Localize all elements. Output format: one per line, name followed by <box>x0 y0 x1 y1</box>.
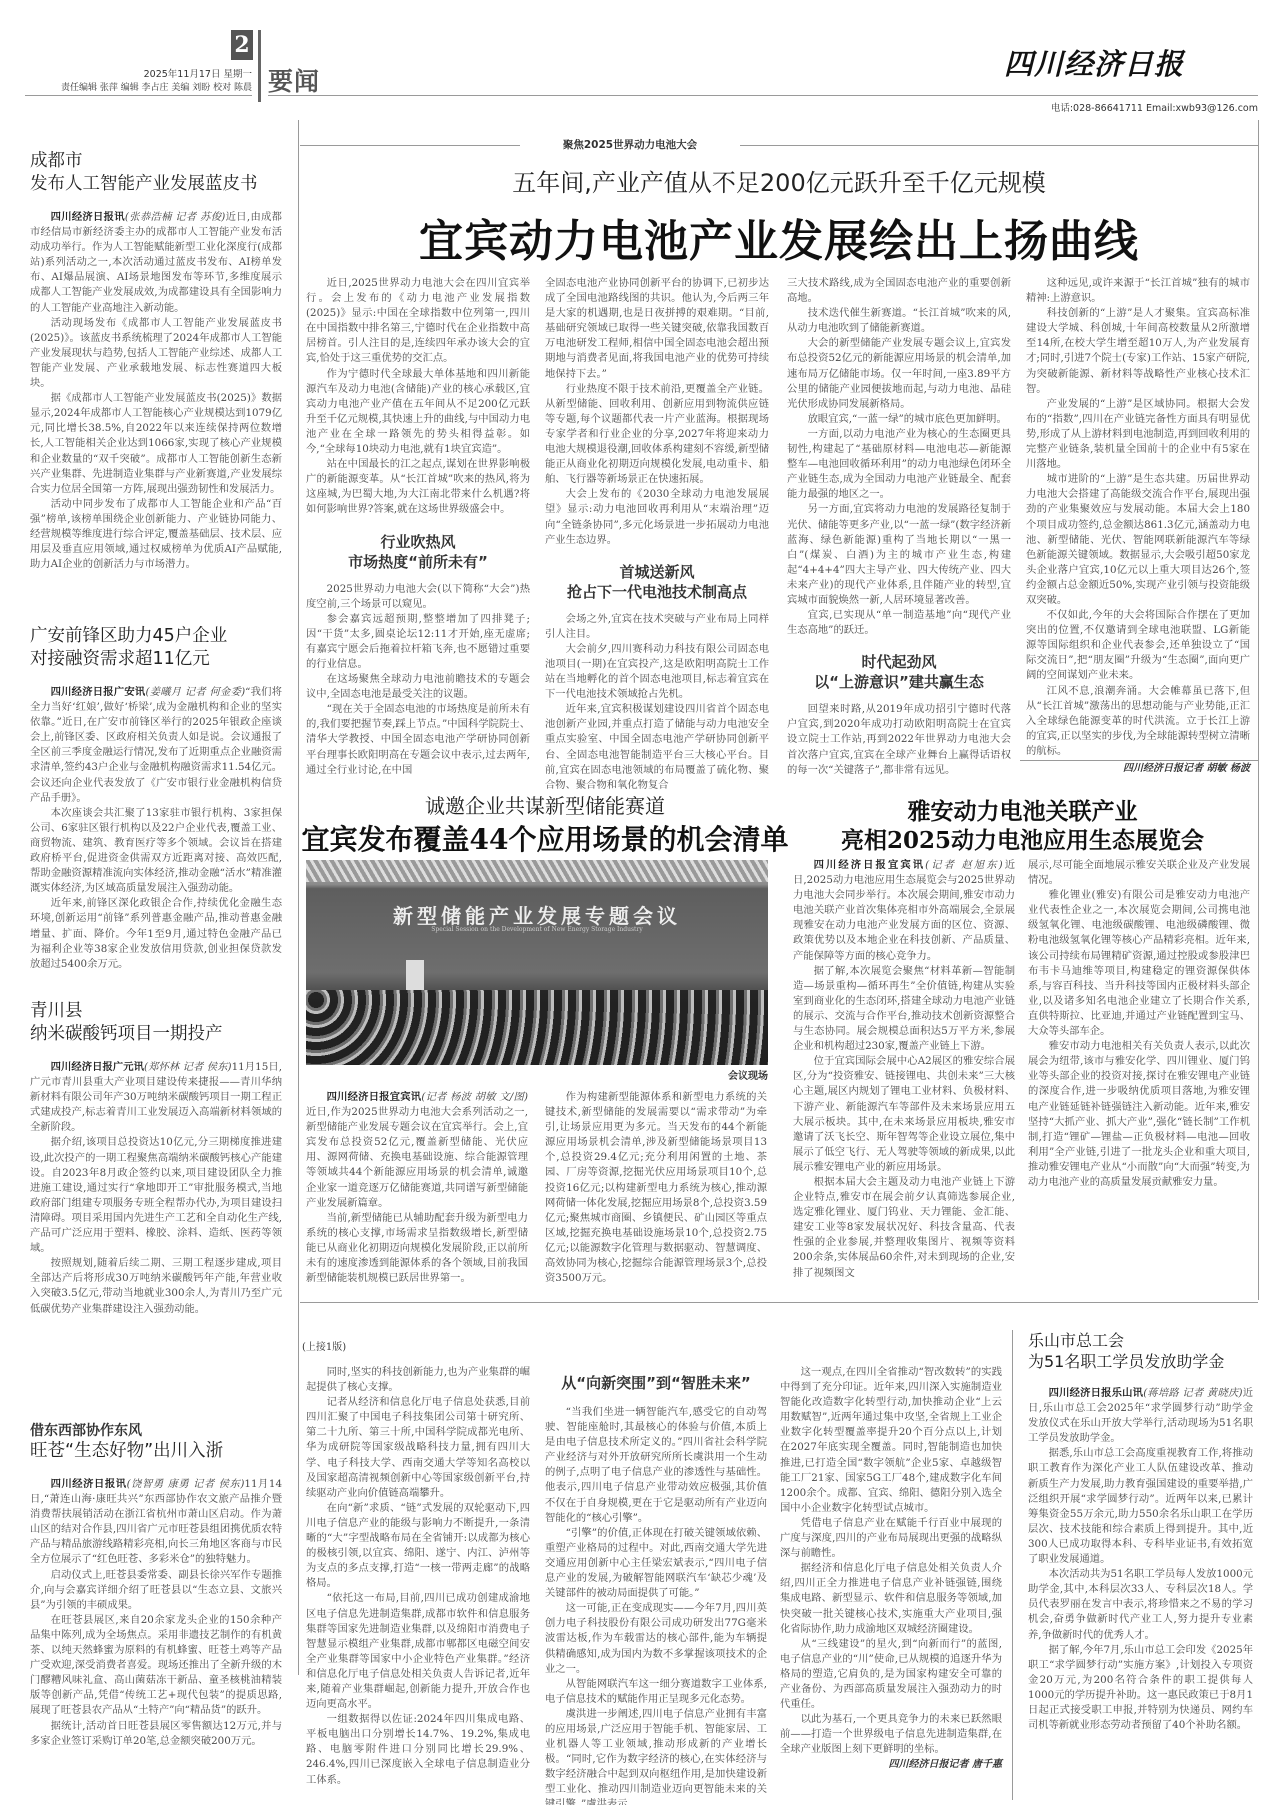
paragraph: 启动仪式上,旺苍县委常委、副县长徐兴军作专题推介,向与会嘉宾详细介绍了旺苍县以“… <box>30 1568 282 1613</box>
audience <box>306 990 768 1065</box>
page-number-badge: 2 <box>231 30 253 60</box>
storage-column-1: 四川经济日报宜宾讯(记者 杨波 胡敏 文/图)近日,作为2025世界动力电池大会… <box>306 1090 528 1286</box>
article-kicker: 借东西部协作东风 <box>30 1420 282 1440</box>
feature-subtitle: 五年间,产业产值从不足200亿元跃升至千亿元规模 <box>300 163 1258 198</box>
paragraph: 回望来时路,从2019年成功招引宁德时代落户宜宾,到2020年成功打动欧阳明高院… <box>787 702 1011 777</box>
paragraph: 从智能网联汽车这一细分赛道数字工业体系,电子信息技术的赋能作用正呈现多元化态势。 <box>545 1677 767 1707</box>
paragraph: 据了解,本次展览会聚焦“材料革新—智能制造—场景重构—循环再生”全价值链,构建从… <box>793 964 1015 1055</box>
sidebar-divider <box>298 120 299 1675</box>
paragraph: 这一可能,正在变成现实——今年7月,四川英创力电子科技股份有限公司成功研发出77… <box>545 1601 767 1676</box>
dateline: 四川经济日报宜宾讯 <box>327 1091 422 1103</box>
paragraph: 一组数据得以佐证:2024年四川集成电路、平板电脑出口分别增长14.7%、19.… <box>306 1712 530 1787</box>
masthead-right-rule <box>268 95 1258 96</box>
paragraph: 大会上发布的《2030全球动力电池发展展望》显示:动力电池回收再利用从“末端治理… <box>545 487 769 547</box>
paragraph: “依托这一布局,目前,四川已成功创建成渝地区电子信息先进制造集群,成都市软件和信… <box>306 1591 530 1712</box>
newspaper-logo: 四川经济日报 <box>1004 42 1184 83</box>
paragraph: 作为宁德时代全球最大单体基地和四川新能源汽车及动力电池(含储能)产业的核心承载区… <box>306 367 530 458</box>
paragraph: 活动中同步发布了成都市人工智能企业和产品“百强”榜单,该榜单围绕企业创新能力、产… <box>30 497 282 572</box>
subheading: 从“向新突围”到“智胜未来” <box>545 1373 767 1393</box>
paragraph: 据悉,乐山市总工会高度重视教育工作,将推动职工教育作为深化产业工人队伍建设改革、… <box>1028 1446 1253 1567</box>
paragraph: 城市进阶的“上游”是生态共建。历届世界动力电池大会搭建了高能级交流合作平台,展现… <box>1026 472 1250 608</box>
paragraph: 放眼宜宾,“一蓝一绿”的城市底色更加鲜明。 <box>787 412 1011 427</box>
feature-column-1: 近日,2025世界动力电池大会在四川宜宾举行。会上发布的《动力电池产业发展指数(… <box>306 276 530 778</box>
paragraph: 行业热度不限于技术前沿,更覆盖全产业链。从新型储能、回收利用、创新应用到物流供应… <box>545 382 769 488</box>
feature-column-3: 三大技术路线,成为全国固态电池产业的重要创新高地。 技术迭代催生新赛道。“长江首… <box>787 276 1011 778</box>
feature-bottom-rule <box>1020 760 1258 761</box>
paragraph: 四川经济日报广元讯(郑怀林 记者 侯东)11月15日,广元市青川县重大产业项目建… <box>30 1060 282 1135</box>
storage-headline: 宜宾发布覆盖44个应用场景的机会清单 <box>300 818 790 858</box>
subheading: 行业吹热风 市场热度“前所未有” <box>306 532 530 572</box>
paragraph: 据经济和信息化厅电子信息处相关负责人介绍,四川正全力推进电子信息产业补链强链,围… <box>780 1561 1002 1636</box>
paragraph: “现在关于全固态电池的市场热度是前所未有的,我们要把握节奏,踩上节点。”中国科学… <box>306 702 530 777</box>
leshan-divider <box>1012 1330 1013 1800</box>
ceiling-lights <box>306 860 768 882</box>
paragraph: 作为构建新型能源体系和新型电力系统的关键技术,新型储能的发展需要以“需求带动”为… <box>545 1090 767 1286</box>
byline-signature: 四川经济日报记者 胡敏 杨波 <box>1026 761 1250 776</box>
paragraph: 据了解,今年7月,乐山市总工会印发《2025年职工“求学圆梦行动”实施方案》,计… <box>1028 1643 1253 1734</box>
yaan-column-2: 展示,尽可能全面地展示雅安关联企业及产业发展情况。 雅化锂业(雅安)有限公司是雅… <box>1028 858 1250 1190</box>
paragraph: 宜宾,已实现从“单一制造基地”向“现代产业生态高地”的跃迁。 <box>787 608 1011 638</box>
paragraph: 在向“新”求质、“链”式发展的双轮驱动下,四川电子信息产业的能级与影响力不断提升… <box>306 1501 530 1592</box>
paragraph: 记者从经济和信息化厅电子信息处获悉,目前四川汇聚了中国电子科技集团公司第十研究所… <box>306 1395 530 1501</box>
feature-headline: 宜宾动力电池产业发展绘出上扬曲线 <box>300 205 1258 269</box>
byline: (记者 杨波 胡敏 文/图) <box>421 1091 528 1103</box>
paragraph: 近年来,宜宾积极谋划建设四川省首个固态电池创新产业园,并重点打造了储能与动力电池… <box>545 702 769 793</box>
paragraph: 参会嘉宾远超预期,整整增加了四排凳子;因“干货”太多,圆桌论坛12:11才开始,… <box>306 612 530 672</box>
paragraph: 据介绍,该项目总投资达10亿元,分三期梯度推进建设,此次投产的一期工程聚焦高端纳… <box>30 1135 282 1256</box>
byline: (记者 赵旭东) <box>925 859 1002 871</box>
contact-info: 电话:028-86641711 Email:xwb93@126.com <box>950 100 1258 114</box>
article-title: 旺苍“生态好物”出川入浙 <box>30 1440 282 1463</box>
paragraph: 位于宜宾国际会展中心A2展区的雅安综合展区,分为“投资雅安、链接锂电、共创未来”… <box>793 1054 1015 1175</box>
paragraph: 雅安市动力电池相关有关负责人表示,以此次展会为纽带,该市与雅安化学、四川锂业、厦… <box>1028 1039 1250 1190</box>
article-title: 青川县 纳米碳酸钙项目一期投产 <box>30 1000 282 1046</box>
paragraph: 四川经济日报乐山讯(蒋培路 记者 黄晓庆)近日,乐山市总工会2025年“求学圆梦… <box>1028 1386 1253 1446</box>
paragraph: 会场之外,宜宾在技术突破与产业布局上同样引人注目。 <box>545 612 769 642</box>
paragraph: 站在中国最长的江之起点,谋划在世界影响极广的新能源变革。从“长江首城”吹来的热风… <box>306 457 530 517</box>
byline-signature: 四川经济日报记者 唐千惠 <box>780 1757 1002 1772</box>
paragraph: 四川经济日报宜宾讯(记者 杨波 胡敏 文/图)近日,作为2025世界动力电池大会… <box>306 1090 528 1211</box>
dateline: 四川经济日报宜宾讯 <box>814 859 926 871</box>
section-divider-rule <box>300 1302 1258 1303</box>
podium <box>406 960 424 990</box>
paragraph: 江风不息,浪潮奔涌。大会帷幕虽已落下,但从“长江首城”激荡出的思想动能与产业势能… <box>1026 684 1250 759</box>
subheading: 时代起劲风 以“上游意识”建共赢生态 <box>787 652 1011 692</box>
screen-subtitle: Special Session on the Development of Ne… <box>306 926 768 933</box>
sidebar-article-wangcang: 借东西部协作东风 旺苍“生态好物”出川入浙 四川经济日报讯(饶智勇 康勇 记者 … <box>30 1420 282 1749</box>
storage-column-2: 作为构建新型能源体系和新型电力系统的关键技术,新型储能的发展需要以“需求带动”为… <box>545 1090 767 1286</box>
yaan-column-1: 四川经济日报宜宾讯(记者 赵旭东)近日,2025动力电池应用生态展览会与2025… <box>793 858 1015 1281</box>
paragraph: 一方面,以动力电池产业为核心的生态圈更具韧性,构建起了“基础原材料—电池电芯—新… <box>787 427 1011 502</box>
feature-column-4: 这种远见,或许来源于“长江首城”独有的城市精神:上游意识。 科技创新的“上游”是… <box>1026 276 1250 776</box>
paragraph: 大会前夕,四川赛科动力科技有限公司固态电池项目(一期)在宜宾投产,这是欧阳明高院… <box>545 642 769 702</box>
paragraph: 活动现场发布《成都市人工智能产业发展蓝皮书(2025)》。该蓝皮书系统梳理了20… <box>30 316 282 391</box>
masthead-divider <box>258 30 261 102</box>
paragraph: 以此为基石,一个更具竞争力的未来已跃然眼前——打造一个世界级电子信息先进制造集群… <box>780 1712 1002 1757</box>
paragraph: 这种远见,或许来源于“长江首城”独有的城市精神:上游意识。 <box>1026 276 1250 306</box>
paragraph: 四川经济日报宜宾讯(记者 赵旭东)近日,2025动力电池应用生态展览会与2025… <box>793 858 1015 964</box>
sidebar-article-guangan: 广安前锋区助力45户企业 对接融资需求超11亿元 四川经济日报广安讯(姜曦月 记… <box>30 625 282 972</box>
paragraph: “当我们坐进一辆智能汽车,感受它的自动驾驶、智能座舱时,其最核心的体验与价值,本… <box>545 1405 767 1526</box>
paragraph: 同时,坚实的科技创新能力,也为产业集群的崛起提供了核心支撑。 <box>306 1365 530 1395</box>
paragraph: 按照规划,随着后续二期、三期工程逐步建成,项目全部达产后将形成30万吨纳米碳酸钙… <box>30 1256 282 1316</box>
storage-subtitle: 诚邀企业共谋新型储能赛道 <box>300 790 790 819</box>
masthead-left-rule <box>25 95 252 96</box>
conference-photo: 新型储能产业发展专题会议 Special Session on the Deve… <box>306 860 768 1065</box>
paragraph: 近年来,前锋区深化政银企合作,持续优化金融生态环境,创新运用“前锋”系列普惠金融… <box>30 896 282 971</box>
paragraph: 四川经济日报讯(张恭浩楠 记者 苏俊)近日,由成都市经信局市新经济委主办的成都市… <box>30 210 282 316</box>
issue-date: 2025年11月17日 星期一 <box>60 66 252 80</box>
paragraph: 近日,2025世界动力电池大会在四川宜宾举行。会上发布的《动力电池产业发展指数(… <box>306 276 530 367</box>
paragraph: 从“三线建设”的星火,到“向新而行”的蓝图,电子信息产业的“川”使命,已从规模的… <box>780 1637 1002 1712</box>
paragraph: 据统计,活动首日旺苍县展区零售额达12万元,并与多家企业签订采购订单20笔,总金… <box>30 1719 282 1749</box>
paragraph: 不仅如此,今年的大会将国际合作摆在了更加突出的位置,不仅邀请到全球电池联盟、LG… <box>1026 608 1250 683</box>
article-title: 乐山市总工会 为51名职工学员发放助学金 <box>1028 1330 1253 1372</box>
paragraph: 四川经济日报广安讯(姜曦月 记者 何金委)“我们将全力当好‘红娘’,做好‘桥梁’… <box>30 685 282 806</box>
paragraph: 在旺苍县展区,来自20余家龙头企业的150余种产品集中陈列,成为全场焦点。采用非… <box>30 1613 282 1719</box>
feature-column-2: 全固态电池产业协同创新平台的协调下,已初步达成了全国电池路线图的共识。他认为,今… <box>545 276 769 793</box>
paragraph: 另一方面,宜宾将动力电池的发展路径复制于光伏、储能等更多产业,以“一蓝一绿”(数… <box>787 502 1011 608</box>
continued-column-2: 从“向新突围”到“智胜未来” “当我们坐进一辆智能汽车,感受它的自动驾驶、智能座… <box>545 1373 767 1805</box>
paragraph: 凭借电子信息产业在赋能千行百业中展现的广度与深度,四川的产业布局展现出更强的战略… <box>780 1516 1002 1561</box>
photo-caption: 会议现场 <box>600 1067 768 1082</box>
continued-column-3: 这一观点,在四川全省推动“智改数转”的实践中得到了充分印证。近年来,四川深入实施… <box>780 1365 1002 1773</box>
paragraph: 雅化锂业(雅安)有限公司是雅安动力电池产业代表性企业之一,本次展览会期间,公司携… <box>1028 888 1250 1039</box>
editors-line: 责任编辑 张萍 编辑 李占庄 美编 刘盼 校对 陈晨 <box>20 80 252 93</box>
paragraph: 在这场聚焦全球动力电池前瞻技术的专题会议中,全固态电池是最受关注的议题。 <box>306 672 530 702</box>
yaan-headline-2: 亮相2025动力电池应用生态展览会 <box>787 822 1258 855</box>
paragraph: 产业发展的“上游”是区域协同。根据大会发布的“指数”,四川在产业链完备性方面具有… <box>1026 397 1250 472</box>
paragraph: 四川经济日报讯(饶智勇 康勇 记者 侯东)11月14日,“萧连山海·康旺共兴”东… <box>30 1477 282 1568</box>
leshan-article: 乐山市总工会 为51名职工学员发放助学金 四川经济日报乐山讯(蒋培路 记者 黄晓… <box>1028 1330 1253 1733</box>
feature-right-border <box>1258 120 1259 1300</box>
continued-column-1: 同时,坚实的科技创新能力,也为产业集群的崛起提供了核心支撑。 记者从经济和信息化… <box>306 1365 530 1788</box>
paragraph: 技术迭代催生新赛道。“长江首城”吹来的风,从动力电池吹到了储能新赛道。 <box>787 306 1011 336</box>
subheading: 首城送新风 抢占下一代电池技术制高点 <box>545 562 769 602</box>
paragraph: 展示,尽可能全面地展示雅安关联企业及产业发展情况。 <box>1028 858 1250 888</box>
paragraph: 本次活动共为51名职工学员每人发放1000元助学金,其中,本科层次33人、专科层… <box>1028 1567 1253 1642</box>
paragraph: 当前,新型储能已从辅助配套升级为新型电力系统的核心支撑,市场需求呈指数级增长,新… <box>306 1211 528 1286</box>
paragraph: 虞洪进一步阐述,四川电子信息产业拥有丰富的应用场景,广泛应用于智能手机、智能家居… <box>545 1707 767 1805</box>
screen-title: 新型储能产业发展专题会议 <box>306 900 768 929</box>
paragraph: 根据本届大会主题及动力电池产业链上下游企业特点,雅安市在展会前夕认真筛选参展企业… <box>793 1175 1015 1281</box>
paragraph: 这一观点,在四川全省推动“智改数转”的实践中得到了充分印证。近年来,四川深入实施… <box>780 1365 1002 1516</box>
section-title: 要闻 <box>268 62 320 98</box>
sidebar-article-chengdu: 成都市 发布人工智能产业发展蓝皮书 四川经济日报讯(张恭浩楠 记者 苏俊)近日,… <box>30 150 282 572</box>
continued-label: (上接1版) <box>302 1338 346 1353</box>
paragraph: “引擎”的价值,正体现在打破关键领域依赖、重塑产业格局的过程中。对此,西南交通大… <box>545 1526 767 1601</box>
paragraph: 据《成都市人工智能产业发展蓝皮书(2025)》数据显示,2024年成都市人工智能… <box>30 391 282 497</box>
feature-kicker: 聚焦2025世界动力电池大会 <box>525 137 735 152</box>
paragraph: 全固态电池产业协同创新平台的协调下,已初步达成了全国电池路线图的共识。他认为,今… <box>545 276 769 382</box>
article-title: 广安前锋区助力45户企业 对接融资需求超11亿元 <box>30 625 282 671</box>
paragraph: 大会的新型储能产业发展专题会议上,宜宾发布总投资52亿元的新能源应用场景的机会清… <box>787 336 1011 411</box>
paragraph: 本次座谈会共汇聚了13家驻市银行机构、3家担保公司、6家驻区银行机构以及22户企… <box>30 806 282 897</box>
kicker-rule-right <box>740 145 1258 146</box>
paragraph: 三大技术路线,成为全国固态电池产业的重要创新高地。 <box>787 276 1011 306</box>
sidebar-article-qingchuan: 青川县 纳米碳酸钙项目一期投产 四川经济日报广元讯(郑怀林 记者 侯东)11月1… <box>30 1000 282 1317</box>
paragraph: 2025世界动力电池大会(以下简称“大会”)热度空前,三个场景可以窥见。 <box>306 582 530 612</box>
paragraph: 科技创新的“上游”是人才聚集。宜宾高标准建设大学城、科创城,十年间高校数量从2所… <box>1026 306 1250 397</box>
article-title: 成都市 发布人工智能产业发展蓝皮书 <box>30 150 282 196</box>
kicker-rule-left <box>300 145 520 146</box>
